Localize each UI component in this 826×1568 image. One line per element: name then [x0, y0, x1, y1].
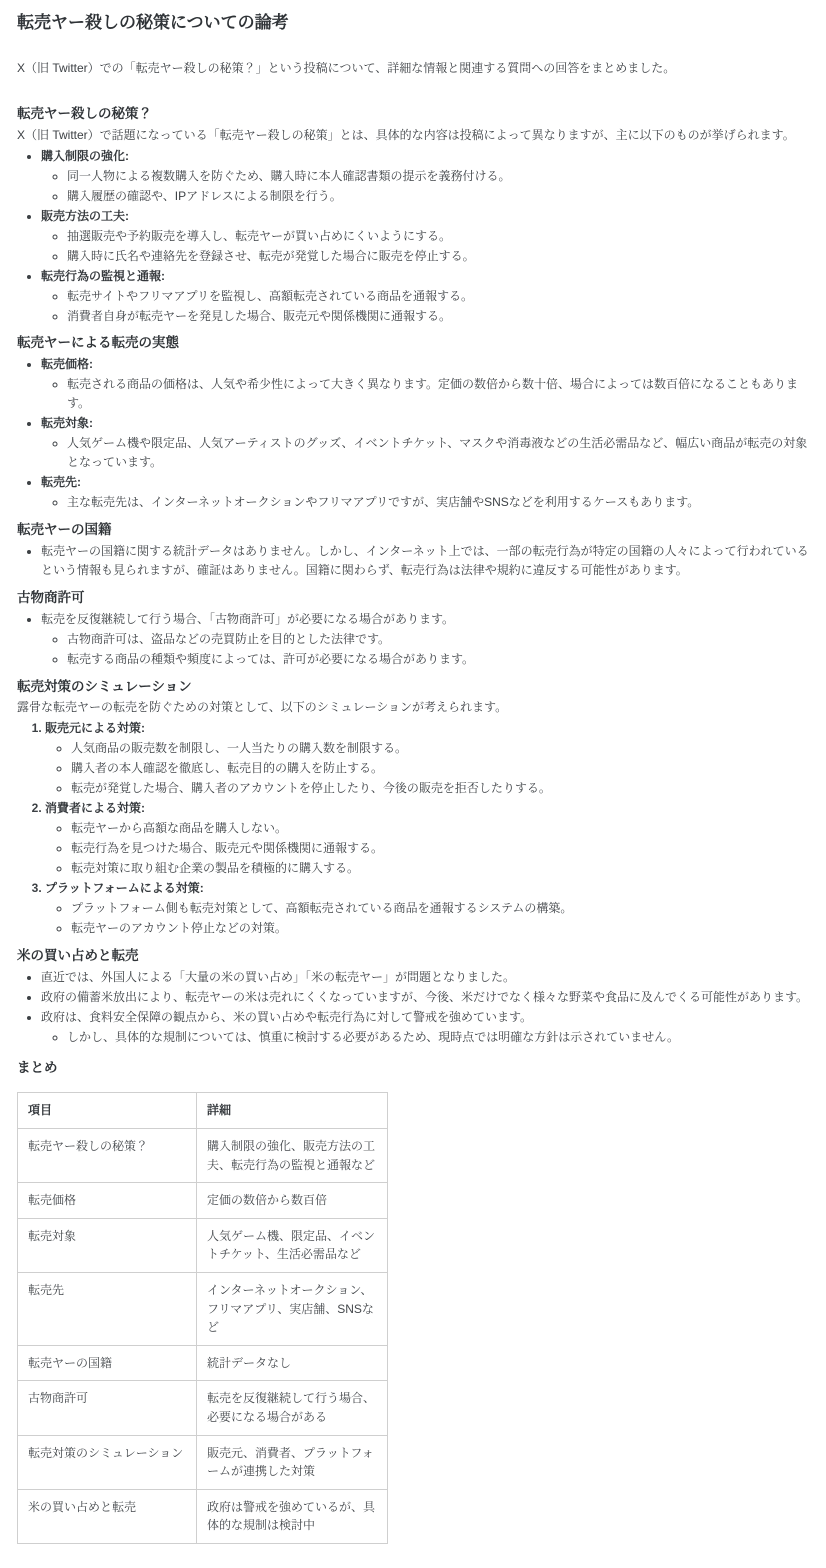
list-item: 転売先:主な転売先は、インターネットオークションやフリマアプリですが、実店舗やS…	[41, 473, 809, 512]
section-heading: 転売ヤーによる転売の実態	[17, 334, 809, 353]
sub-list: しかし、具体的な規制については、慎重に検討する必要があるため、現時点では明確な方…	[41, 1028, 809, 1047]
sub-list-item: プラットフォーム側も転売対策として、高額転売されている商品を通報するシステムの構…	[71, 899, 809, 918]
summary-table-row: 転売対象人気ゲーム機、限定品、イベントチケット、生活必需品など	[18, 1218, 388, 1272]
section: 転売対策のシミュレーション露骨な転売ヤーの転売を防ぐための対策として、以下のシミ…	[17, 678, 809, 938]
sub-list-item: 転売ヤーから高額な商品を購入しない。	[71, 819, 809, 838]
sub-list-item: 同一人物による複数購入を防ぐため、購入時に本人確認書類の提示を義務付ける。	[67, 167, 809, 186]
item-label: プラットフォームによる対策:	[45, 881, 204, 895]
item-text: 政府は、食料安全保障の観点から、米の買い占めや転売行為に対して警戒を強めています…	[41, 1010, 532, 1024]
sub-list: 主な転売先は、インターネットオークションやフリマアプリですが、実店舗やSNSなど…	[41, 493, 809, 512]
section-heading: 米の買い占めと転売	[17, 947, 809, 966]
list-item: 販売方法の工夫:抽選販売や予約販売を導入し、転売ヤーが買い占めにくいようにする。…	[41, 207, 809, 266]
summary-item-cell: 古物商許可	[18, 1381, 197, 1435]
list-item: プラットフォームによる対策:プラットフォーム側も転売対策として、高額転売されてい…	[45, 879, 809, 938]
section-list: 転売を反復継続して行う場合、「古物商許可」が必要になる場合があります。古物商許可…	[17, 610, 809, 669]
sub-list: 転売される商品の価格は、人気や希少性によって大きく異なります。定価の数倍から数十…	[41, 375, 809, 413]
list-item: 政府は、食料安全保障の観点から、米の買い占めや転売行為に対して警戒を強めています…	[41, 1008, 809, 1047]
sub-list-item: 消費者自身が転売ヤーを発見した場合、販売元や関係機関に通報する。	[67, 307, 809, 326]
summary-item-cell: 転売ヤー殺しの秘策？	[18, 1129, 197, 1183]
section-list: 販売元による対策:人気商品の販売数を制限し、一人当たりの購入数を制限する。購入者…	[17, 719, 809, 937]
item-text: 政府の備蓄米放出により、転売ヤーの米は売れにくくなっていますが、今後、米だけでな…	[41, 990, 808, 1004]
section-heading: 転売ヤー殺しの秘策？	[17, 105, 809, 124]
item-text: 転売を反復継続して行う場合、「古物商許可」が必要になる場合があります。	[41, 612, 454, 626]
section-list: 転売価格:転売される商品の価格は、人気や希少性によって大きく異なります。定価の数…	[17, 355, 809, 512]
summary-table-body: 転売ヤー殺しの秘策？購入制限の強化、販売方法の工夫、転売行為の監視と通報など転売…	[18, 1129, 388, 1544]
section: 古物商許可転売を反復継続して行う場合、「古物商許可」が必要になる場合があります。…	[17, 589, 809, 669]
summary-detail-cell: 定価の数倍から数百倍	[197, 1183, 388, 1219]
summary-detail-cell: 人気ゲーム機、限定品、イベントチケット、生活必需品など	[197, 1218, 388, 1272]
section-list: 購入制限の強化:同一人物による複数購入を防ぐため、購入時に本人確認書類の提示を義…	[17, 147, 809, 326]
summary-detail-cell: 政府は警戒を強めているが、具体的な規制は検討中	[197, 1489, 388, 1543]
sub-list: 転売サイトやフリマアプリを監視し、高額転売されている商品を通報する。消費者自身が…	[41, 287, 809, 326]
summary-item-cell: 転売価格	[18, 1183, 197, 1219]
item-text: 直近では、外国人による「大量の米の買い占め」「米の転売ヤー」が問題となりました。	[41, 970, 515, 984]
summary-item-cell: 転売対策のシミュレーション	[18, 1435, 197, 1489]
section: 転売ヤーによる転売の実態転売価格:転売される商品の価格は、人気や希少性によって大…	[17, 334, 809, 512]
list-item: 消費者による対策:転売ヤーから高額な商品を購入しない。転売行為を見つけた場合、販…	[45, 799, 809, 878]
summary-heading: まとめ	[17, 1059, 809, 1078]
sub-list-item: 抽選販売や予約販売を導入し、転売ヤーが買い占めにくいようにする。	[67, 227, 809, 246]
summary-table-head: 項目詳細	[18, 1093, 388, 1129]
sub-list-item: 購入履歴の確認や、IPアドレスによる制限を行う。	[67, 187, 809, 206]
list-item: 転売価格:転売される商品の価格は、人気や希少性によって大きく異なります。定価の数…	[41, 355, 809, 413]
item-label: 消費者による対策:	[45, 801, 145, 815]
section: 転売ヤー殺しの秘策？X（旧 Twitter）で話題になっている「転売ヤー殺しの秘…	[17, 105, 809, 325]
summary-detail-cell: 統計データなし	[197, 1345, 388, 1381]
sub-list: プラットフォーム側も転売対策として、高額転売されている商品を通報するシステムの構…	[45, 899, 809, 938]
item-label: 購入制限の強化:	[41, 149, 129, 163]
section-list: 転売ヤーの国籍に関する統計データはありません。しかし、インターネット上では、一部…	[17, 542, 809, 580]
summary-col-header: 詳細	[197, 1093, 388, 1129]
summary-table-row: 転売ヤーの国籍統計データなし	[18, 1345, 388, 1381]
item-label: 転売行為の監視と通報:	[41, 269, 165, 283]
sub-list-item: 購入時に氏名や連絡先を登録させ、転売が発覚した場合に販売を停止する。	[67, 247, 809, 266]
sub-list: 人気ゲーム機や限定品、人気アーティストのグッズ、イベントチケット、マスクや消毒液…	[41, 434, 809, 472]
sub-list-item: 転売する商品の種類や頻度によっては、許可が必要になる場合があります。	[67, 650, 809, 669]
summary-table-row: 転売先インターネットオークション、フリマアプリ、実店舗、SNSなど	[18, 1273, 388, 1346]
sub-list: 同一人物による複数購入を防ぐため、購入時に本人確認書類の提示を義務付ける。購入履…	[41, 167, 809, 206]
sub-list-item: 主な転売先は、インターネットオークションやフリマアプリですが、実店舗やSNSなど…	[67, 493, 809, 512]
summary-table: 項目詳細 転売ヤー殺しの秘策？購入制限の強化、販売方法の工夫、転売行為の監視と通…	[17, 1092, 388, 1544]
page-title: 転売ヤー殺しの秘策についての論考	[17, 12, 809, 34]
section-lead: X（旧 Twitter）で話題になっている「転売ヤー殺しの秘策」とは、具体的な内…	[17, 126, 809, 145]
sub-list-item: 人気ゲーム機や限定品、人気アーティストのグッズ、イベントチケット、マスクや消毒液…	[67, 434, 809, 472]
list-item: 転売ヤーの国籍に関する統計データはありません。しかし、インターネット上では、一部…	[41, 542, 809, 580]
summary-detail-cell: インターネットオークション、フリマアプリ、実店舗、SNSなど	[197, 1273, 388, 1346]
sub-list-item: 転売される商品の価格は、人気や希少性によって大きく異なります。定価の数倍から数十…	[67, 375, 809, 413]
list-item: 転売対象:人気ゲーム機や限定品、人気アーティストのグッズ、イベントチケット、マス…	[41, 414, 809, 472]
section-heading: 転売対策のシミュレーション	[17, 678, 809, 697]
section-heading: 転売ヤーの国籍	[17, 521, 809, 540]
sub-list: 古物商許可は、盗品などの売買防止を目的とした法律です。転売する商品の種類や頻度に…	[41, 630, 809, 669]
section-heading: 古物商許可	[17, 589, 809, 608]
sub-list-item: しかし、具体的な規制については、慎重に検討する必要があるため、現時点では明確な方…	[67, 1028, 809, 1047]
sub-list: 人気商品の販売数を制限し、一人当たりの購入数を制限する。購入者の本人確認を徹底し…	[45, 739, 809, 798]
sub-list-item: 転売ヤーのアカウント停止などの対策。	[71, 919, 809, 938]
summary-item-cell: 米の買い占めと転売	[18, 1489, 197, 1543]
item-label: 転売対象:	[41, 416, 93, 430]
summary-table-row: 転売価格定価の数倍から数百倍	[18, 1183, 388, 1219]
item-label: 転売先:	[41, 475, 81, 489]
item-label: 販売方法の工夫:	[41, 209, 129, 223]
item-text: 転売ヤーの国籍に関する統計データはありません。しかし、インターネット上では、一部…	[41, 544, 809, 577]
list-item: 政府の備蓄米放出により、転売ヤーの米は売れにくくなっていますが、今後、米だけでな…	[41, 988, 809, 1007]
summary-detail-cell: 転売を反復継続して行う場合、必要になる場合がある	[197, 1381, 388, 1435]
list-item: 直近では、外国人による「大量の米の買い占め」「米の転売ヤー」が問題となりました。	[41, 968, 809, 987]
sub-list-item: 転売サイトやフリマアプリを監視し、高額転売されている商品を通報する。	[67, 287, 809, 306]
sub-list-item: 購入者の本人確認を徹底し、転売目的の購入を防止する。	[71, 759, 809, 778]
list-item: 販売元による対策:人気商品の販売数を制限し、一人当たりの購入数を制限する。購入者…	[45, 719, 809, 798]
intro-paragraph: X（旧 Twitter）での「転売ヤー殺しの秘策？」という投稿について、詳細な情…	[17, 59, 809, 78]
summary-col-header: 項目	[18, 1093, 197, 1129]
sub-list-item: 古物商許可は、盗品などの売買防止を目的とした法律です。	[67, 630, 809, 649]
summary-table-row: 古物商許可転売を反復継続して行う場合、必要になる場合がある	[18, 1381, 388, 1435]
sub-list-item: 人気商品の販売数を制限し、一人当たりの購入数を制限する。	[71, 739, 809, 758]
summary-table-row: 転売対策のシミュレーション販売元、消費者、プラットフォームが連携した対策	[18, 1435, 388, 1489]
summary-item-cell: 転売先	[18, 1273, 197, 1346]
summary-detail-cell: 購入制限の強化、販売方法の工夫、転売行為の監視と通報など	[197, 1129, 388, 1183]
list-item: 転売行為の監視と通報:転売サイトやフリマアプリを監視し、高額転売されている商品を…	[41, 267, 809, 326]
section-lead: 露骨な転売ヤーの転売を防ぐための対策として、以下のシミュレーションが考えられます…	[17, 698, 809, 717]
sub-list-item: 転売対策に取り組む企業の製品を積極的に購入する。	[71, 859, 809, 878]
document: 転売ヤー殺しの秘策についての論考 X（旧 Twitter）での「転売ヤー殺しの秘…	[0, 0, 826, 1568]
sub-list: 抽選販売や予約販売を導入し、転売ヤーが買い占めにくいようにする。購入時に氏名や連…	[41, 227, 809, 266]
item-label: 転売価格:	[41, 357, 93, 371]
summary-item-cell: 転売対象	[18, 1218, 197, 1272]
summary-detail-cell: 販売元、消費者、プラットフォームが連携した対策	[197, 1435, 388, 1489]
section: 転売ヤーの国籍転売ヤーの国籍に関する統計データはありません。しかし、インターネッ…	[17, 521, 809, 580]
sub-list-item: 転売行為を見つけた場合、販売元や関係機関に通報する。	[71, 839, 809, 858]
list-item: 転売を反復継続して行う場合、「古物商許可」が必要になる場合があります。古物商許可…	[41, 610, 809, 669]
section-list: 直近では、外国人による「大量の米の買い占め」「米の転売ヤー」が問題となりました。…	[17, 968, 809, 1047]
sub-list: 転売ヤーから高額な商品を購入しない。転売行為を見つけた場合、販売元や関係機関に通…	[45, 819, 809, 878]
summary-item-cell: 転売ヤーの国籍	[18, 1345, 197, 1381]
summary-table-row: 転売ヤー殺しの秘策？購入制限の強化、販売方法の工夫、転売行為の監視と通報など	[18, 1129, 388, 1183]
section: 米の買い占めと転売直近では、外国人による「大量の米の買い占め」「米の転売ヤー」が…	[17, 947, 809, 1047]
summary-header-row: 項目詳細	[18, 1093, 388, 1129]
sections: 転売ヤー殺しの秘策？X（旧 Twitter）で話題になっている「転売ヤー殺しの秘…	[17, 105, 809, 1047]
list-item: 購入制限の強化:同一人物による複数購入を防ぐため、購入時に本人確認書類の提示を義…	[41, 147, 809, 206]
item-label: 販売元による対策:	[45, 721, 145, 735]
sub-list-item: 転売が発覚した場合、購入者のアカウントを停止したり、今後の販売を拒否したりする。	[71, 779, 809, 798]
summary-table-row: 米の買い占めと転売政府は警戒を強めているが、具体的な規制は検討中	[18, 1489, 388, 1543]
